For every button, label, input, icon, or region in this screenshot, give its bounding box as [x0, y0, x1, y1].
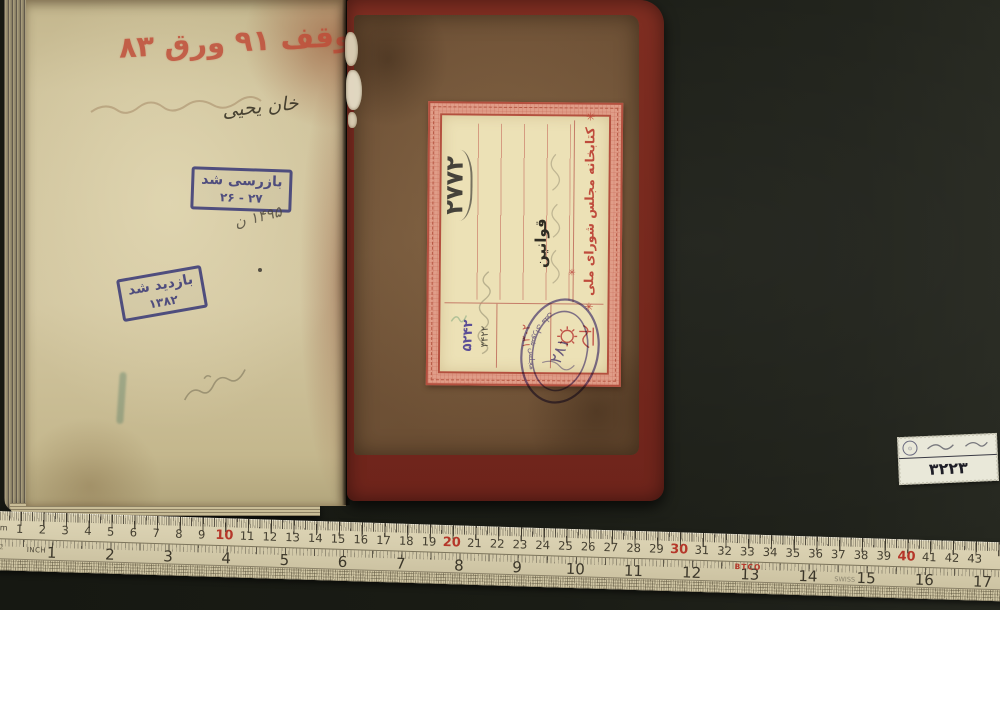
ruler-cm-number: 7 [152, 526, 160, 540]
ruler-cm-number: 41 [922, 550, 937, 564]
ruler-cm-number: 39 [876, 548, 891, 562]
ruler-cm-number: 33 [740, 544, 755, 558]
ruler-cm-number: 31 [694, 543, 709, 557]
ruler-brand-text: BTCO [734, 562, 761, 572]
ruler-cm-number: 30 [670, 542, 689, 558]
ruler-cm-number: 35 [785, 546, 800, 560]
ruler-cm-number: 13 [285, 530, 300, 544]
torn-paper-remnant [348, 112, 357, 128]
ruler-cm-number: 28 [626, 541, 641, 555]
ruler-cm-number: 43 [967, 551, 982, 565]
ruler-cm-number: 18 [399, 534, 414, 548]
ruler-cm-number: 42 [944, 551, 959, 565]
label-handwriting-scribble [921, 437, 992, 454]
ruler-cm-number: 38 [854, 548, 869, 562]
ruler-cm-number: 21 [467, 536, 482, 550]
bookplate-heading-text: کتابخانه مجلس شورای ملی [581, 127, 597, 296]
svg-text:مجلس شورای ملی: مجلس شورای ملی [523, 308, 556, 374]
ruler-cm-number: 32 [717, 543, 732, 557]
ruler-inch-unit-label: INCH [27, 546, 47, 555]
visited-stamp: بازدید شد ۱۳۸۲ [116, 265, 208, 322]
book-cover: ✳کتابخانه مجلس شورای ملی✳ ۲۷۷۲ قوانین ✳ … [347, 0, 664, 501]
ruler-cm-number: 40 [897, 549, 916, 565]
ruler-cm-number: 26 [581, 539, 596, 553]
handwriting-scribble [536, 146, 573, 306]
ruler-cm-number: 17 [376, 533, 391, 547]
ruler-cm-unit-label: cm [0, 523, 8, 532]
ruler-cm-number: 19 [421, 534, 436, 548]
ruler-cm-number: 24 [535, 538, 550, 552]
ruler-cm-number: 36 [808, 546, 823, 560]
catalog-number: ۳۲۲۳ [899, 455, 998, 484]
measuring-ruler: cm 1234567891011121314151617181920212223… [0, 511, 1000, 601]
mini-seal-icon: ۞ [902, 440, 918, 456]
ruler-cm-number: 29 [649, 541, 664, 555]
handwritten-shelf-number: ۲۷۷۲ [443, 125, 470, 245]
catalog-number-label: ۞ ۳۲۲۳ [898, 434, 998, 484]
green-check-scribble [448, 309, 468, 329]
ruler-cm-number: 2 [39, 522, 47, 536]
ruler-cm-number: 15 [331, 531, 346, 545]
ink-dot [258, 268, 262, 272]
rosette-ornament-icon: ✳ [585, 106, 598, 127]
ruler-cm-number: 34 [763, 545, 778, 559]
ruler-cm-number: 8 [175, 527, 183, 541]
ruler-cm-number: 10 [215, 528, 234, 544]
ruler-cm-number: 27 [603, 540, 618, 554]
ruler-cm-number: 1 [16, 522, 24, 536]
ruler-cm-number: 6 [130, 525, 138, 539]
registry-cell-numbers: ۵۲۴۲ ۳۴۲۲ [444, 303, 498, 367]
green-ink-smear [116, 372, 127, 424]
ruler-cm-number: 16 [353, 532, 368, 546]
ruler-cm-number: 20 [442, 535, 461, 551]
ruler-cm-number: 12 [262, 529, 277, 543]
bookplate-heading-column: ✳کتابخانه مجلس شورای ملی✳ [572, 120, 605, 302]
torn-paper-remnant [345, 32, 358, 66]
photograph-of-manuscript: وقف ۹۱ ورق ۸۳ خان یحیی بازرسی شد ۲۶ - ۲۷… [0, 0, 1000, 610]
ruler-cm-number: 23 [512, 537, 527, 551]
oval-stamp-rim-text: مجلس شورای ملی [523, 308, 556, 374]
red-handwritten-inscription: وقف ۹۱ ورق ۸۳ [61, 18, 352, 67]
faint-signature-scribble [173, 359, 259, 411]
ruler-cm-number: 37 [831, 547, 846, 561]
ruler-cm-number: 3 [61, 523, 69, 537]
ruler-cm-number: 4 [84, 524, 92, 538]
ruler-edge-mark: 32 [0, 543, 4, 551]
ruler-cm-number: 9 [198, 527, 206, 541]
scan-white-margin [0, 610, 1000, 707]
ruler-cm-number: 22 [490, 536, 505, 550]
bookplate-heading: ✳کتابخانه مجلس شورای ملی✳ [581, 106, 598, 317]
ruler-cm-number: 5 [107, 525, 115, 539]
ruler-origin-text: SWISS [834, 575, 855, 584]
written-register-number: ۳۴۲۲ [479, 326, 490, 348]
ruler-cm-number: 25 [558, 539, 573, 553]
inspection-stamp-text: بازرسی شد [201, 172, 283, 192]
ruler-cm-number: 11 [240, 529, 255, 543]
torn-paper-remnant [346, 70, 362, 110]
ruler-cm-number: 14 [308, 531, 323, 545]
left-book-page: وقف ۹۱ ورق ۸۳ خان یحیی بازرسی شد ۲۶ - ۲۷… [26, 0, 346, 506]
